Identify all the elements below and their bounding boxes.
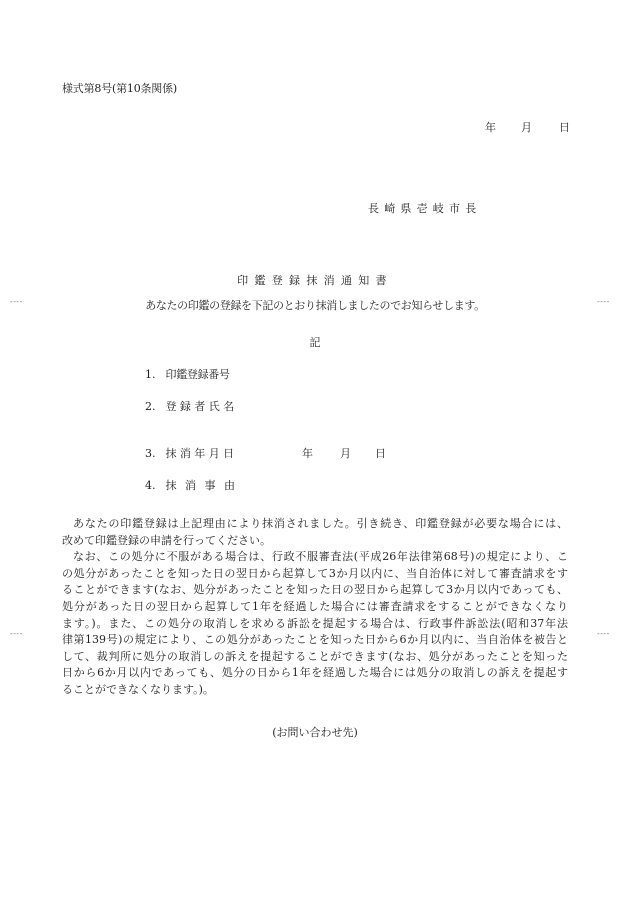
body-line: 改めて印鑑登録の申請を行ってください。 [62, 533, 568, 550]
item-cancellation-date: 3. 抹消年月日 [145, 445, 238, 461]
item-registration-number: 1. 印鑑登録番号 [145, 366, 230, 382]
item-cancellation-reason: 4. 抹消事由 [145, 477, 244, 493]
item-number: 1. [145, 368, 162, 381]
cancellation-year-label: 年 [302, 445, 340, 461]
body-line: 処分があった日の翌日から起算して1年を経過した場合には審査請求をすることができな… [62, 599, 568, 616]
item-number: 3. [145, 447, 162, 460]
issue-date-month-label: 月 [521, 119, 559, 135]
body-line: ます。)。また、この処分の取消しを求める訴訟を提起する場合は、行政事件訴訟法(昭… [62, 616, 568, 633]
issuer-name: 長崎県壱岐市長 [368, 200, 481, 216]
inquiry-label: (お問い合わせ先) [0, 724, 630, 740]
issue-date-year-label: 年 [485, 119, 521, 135]
item-label: 抹消事由 [166, 479, 244, 492]
item-number: 2. [145, 400, 162, 413]
body-line: あなたの印鑑登録は上記理由により抹消されました。引き続き、印鑑登録が必要な場合に… [62, 516, 568, 533]
body-line: して、裁判所に処分の取消しの訴えを提起することができます(なお、処分があったこと… [62, 649, 568, 666]
body-line: の処分があったことを知った日の翌日から起算して3か月以内に、当自治体に対して審査… [62, 566, 568, 583]
item-label: 印鑑登録番号 [166, 368, 230, 381]
cancellation-day-label: 日 [375, 445, 386, 461]
body-line: なお、この処分に不服がある場合は、行政不服審査法(平成26年法律第68号)の規定… [62, 549, 568, 566]
issue-date: 年 月 日 [485, 119, 570, 135]
item-label: 登録者氏名 [166, 400, 238, 413]
punch-hole-mark-left-bottom: ---- [10, 629, 23, 638]
body-line: 律第139号)の規定により、この処分があったことを知った日から6か月以内に、当自… [62, 632, 568, 649]
ki-heading: 記 [0, 334, 630, 350]
form-number: 様式第8号(第10条関係) [62, 80, 177, 96]
punch-hole-mark-right-bottom: ---- [597, 629, 610, 638]
item-label: 抹消年月日 [166, 447, 238, 460]
item-registrant-name: 2. 登録者氏名 [145, 398, 238, 414]
issue-date-day-label: 日 [559, 119, 570, 135]
document-title: 印鑑登録抹消通知書 [0, 272, 630, 288]
body-line: 日から6か月以内であっても、処分の日から1年を経過した場合には処分の取消しの訴え… [62, 665, 568, 682]
intro-text: あなたの印鑑の登録を下記のとおり抹消しましたのでお知らせします。 [0, 297, 630, 313]
body-line: ることができなくなります。)。 [62, 682, 568, 699]
body-paragraphs: あなたの印鑑登録は上記理由により抹消されました。引き続き、印鑑登録が必要な場合に… [62, 516, 568, 699]
cancellation-month-label: 月 [340, 445, 375, 461]
cancellation-date-fields: 年 月 日 [302, 445, 386, 461]
body-line: ることができます(なお、処分があったことを知った日の翌日から起算して3か月以内で… [62, 582, 568, 599]
item-number: 4. [145, 479, 162, 492]
